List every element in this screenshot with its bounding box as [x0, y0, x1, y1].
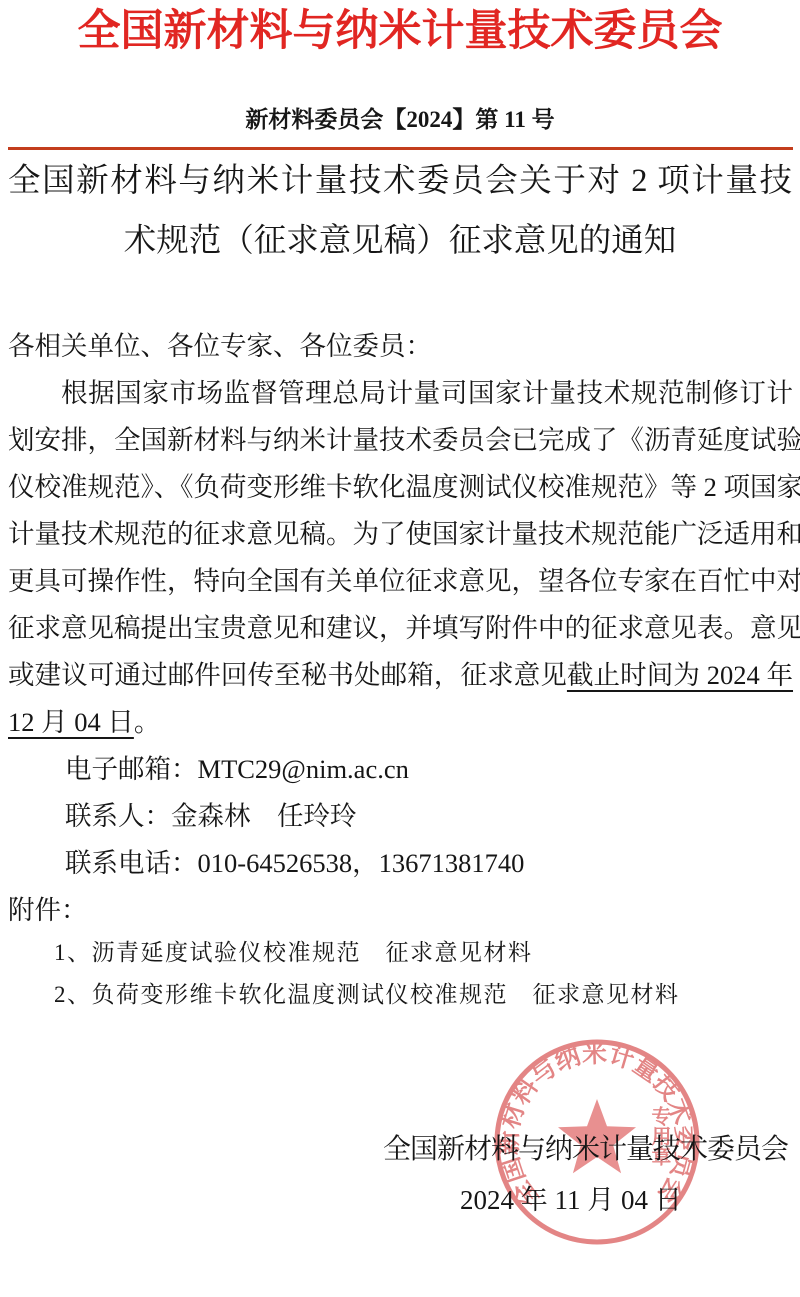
document-page: 全国新材料与纳米计量技术委员会 新材料委员会【2024】第 11 号 全国新材料…: [0, 0, 800, 1297]
body-line: 根据国家市场监督管理总局计量司国家计量技术规范制修订计: [8, 370, 793, 417]
contact-person: 联系人：金森林 任玲玲: [8, 793, 793, 840]
body-line: 或建议可通过邮件回传至秘书处邮箱，征求意见截止时间为 2024 年: [8, 652, 793, 699]
contact-phone: 联系电话：010-64526538，13671381740: [8, 840, 793, 887]
attachments-label: 附件：: [8, 887, 793, 934]
contact-email: 电子邮箱：MTC29@nim.ac.cn: [8, 746, 793, 793]
body-segment: 或建议可通过邮件回传至秘书处邮箱，征求意见: [8, 660, 567, 690]
notice-title-line1: 全国新材料与纳米计量技术委员会关于对 2 项计量技: [8, 151, 792, 211]
salutation: 各相关单位、各位专家、各位委员：: [8, 323, 793, 370]
doc-number: 新材料委员会【2024】第 11 号: [0, 104, 800, 136]
org-title: 全国新材料与纳米计量技术委员会: [0, 7, 800, 57]
notice-title: 全国新材料与纳米计量技术委员会关于对 2 项计量技 术规范（征求意见稿）征求意见…: [8, 151, 792, 271]
signature-org: 全国新材料与纳米计量技术委员会: [383, 1128, 788, 1172]
signature-date: 2024 年 11 月 04 日: [460, 1180, 682, 1220]
deadline-underlined: 12 月 04 日: [8, 707, 134, 737]
attachments-list: 1、沥青延度试验仪校准规范 征求意见材料 2、负荷变形维卡软化温度测试仪校准规范…: [54, 932, 790, 1016]
notice-title-line2: 术规范（征求意见稿）征求意见的通知: [8, 211, 792, 271]
body-line: 12 月 04 日。: [8, 699, 793, 746]
body-line: 更具可操作性，特向全国有关单位征求意见，望各位专家在百忙中对: [8, 558, 793, 605]
body-segment: 。: [134, 707, 161, 737]
body-line: 划安排，全国新材料与纳米计量技术委员会已完成了《沥青延度试验: [8, 417, 793, 464]
red-divider: [8, 147, 793, 150]
body-line: 征求意见稿提出宝贵意见和建议，并填写附件中的征求意见表。意见: [8, 605, 793, 652]
body-line: 仪校准规范》、《负荷变形维卡软化温度测试仪校准规范》等 2 项国家: [8, 464, 793, 511]
attachment-item: 2、负荷变形维卡软化温度测试仪校准规范 征求意见材料: [54, 974, 790, 1016]
body-text: 各相关单位、各位专家、各位委员： 根据国家市场监督管理总局计量司国家计量技术规范…: [8, 323, 793, 934]
deadline-underlined: 截止时间为 2024 年: [567, 660, 793, 690]
attachment-item: 1、沥青延度试验仪校准规范 征求意见材料: [54, 932, 790, 974]
body-line: 计量技术规范的征求意见稿。为了使国家计量技术规范能广泛适用和: [8, 511, 793, 558]
